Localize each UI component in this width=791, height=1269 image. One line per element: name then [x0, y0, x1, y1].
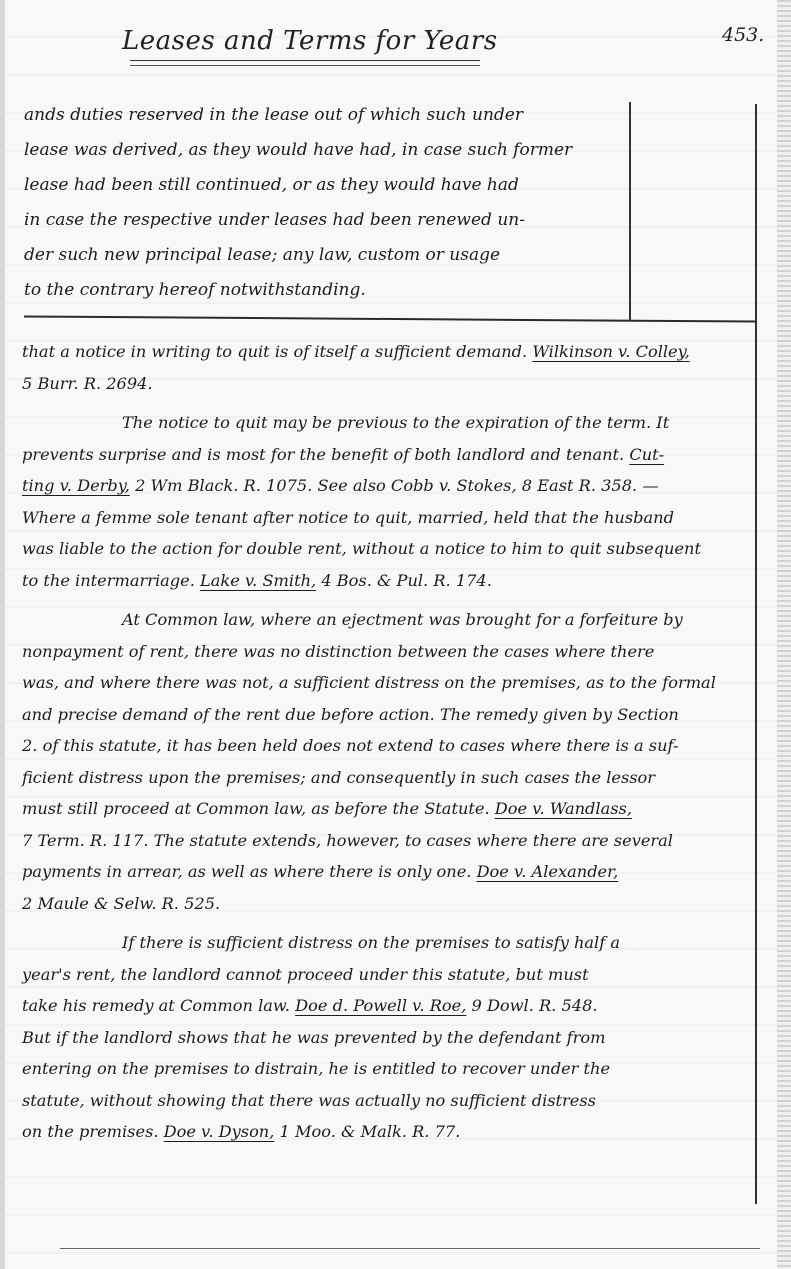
text-line: and precise demand of the rent due befor… [22, 699, 716, 731]
text-line: ficient distress upon the premises; and … [22, 762, 716, 794]
text-line: prevents surprise and is most for the be… [22, 439, 716, 471]
text-line: lease had been still continued, or as th… [24, 168, 572, 203]
case-citation: ting v. Derby, [22, 476, 130, 495]
text-line: At Common law, where an ejectment was br… [22, 604, 716, 636]
text-line: 5 Burr. R. 2694. [22, 368, 716, 400]
line-text: must still proceed at Common law, as bef… [22, 799, 495, 818]
line-text: If there is sufficient distress on the p… [122, 933, 620, 952]
line-text: 2. of this statute, it has been held doe… [22, 736, 678, 755]
page-right-edge [777, 0, 791, 1269]
text-line: ting v. Derby, 2 Wm Black. R. 1075. See … [22, 470, 716, 502]
text-line: But if the landlord shows that he was pr… [22, 1022, 716, 1054]
line-text: and precise demand of the rent due befor… [22, 705, 679, 724]
line-text: 9 Dowl. R. 548. [466, 996, 597, 1015]
line-text: 5 Burr. R. 2694. [22, 374, 153, 393]
case-citation: Doe v. Dyson, [164, 1122, 275, 1141]
text-line: that a notice in writing to quit is of i… [22, 336, 716, 368]
text-line: take his remedy at Common law. Doe d. Po… [22, 990, 716, 1022]
line-text: take his remedy at Common law. [22, 996, 295, 1015]
text-line: must still proceed at Common law, as bef… [22, 793, 716, 825]
text-line: statute, without showing that there was … [22, 1085, 716, 1117]
text-line: lease was derived, as they would have ha… [24, 133, 572, 168]
line-text: 7 Term. R. 117. The statute extends, how… [22, 831, 673, 850]
text-line: nonpayment of rent, there was no distinc… [22, 636, 716, 668]
text-line: was, and where there was not, a sufficie… [22, 667, 716, 699]
top-text-block: ands duties reserved in the lease out of… [24, 98, 572, 308]
title-underline [130, 60, 480, 66]
case-citation: Lake v. Smith, [200, 571, 316, 590]
text-line: was liable to the action for double rent… [22, 533, 716, 565]
line-text: 4 Bos. & Pul. R. 174. [316, 571, 492, 590]
case-citation: Doe d. Powell v. Roe, [295, 996, 466, 1015]
text-line: Where a femme sole tenant after notice t… [22, 502, 716, 534]
line-text: Where a femme sole tenant after notice t… [22, 508, 674, 527]
text-line: payments in arrear, as well as where the… [22, 856, 716, 888]
margin-rule-right [755, 104, 757, 1204]
case-citation: Doe v. Alexander, [477, 862, 619, 881]
section-divider [24, 315, 756, 322]
line-text: 2 Maule & Selw. R. 525. [22, 894, 220, 913]
case-citation: Wilkinson v. Colley, [532, 342, 689, 361]
text-line: The notice to quit may be previous to th… [22, 407, 716, 439]
bottom-rule [60, 1248, 760, 1249]
line-text: year's rent, the landlord cannot proceed… [22, 965, 589, 984]
line-text: 2 Wm Black. R. 1075. See also Cobb v. St… [130, 476, 659, 495]
line-text: nonpayment of rent, there was no distinc… [22, 642, 654, 661]
paragraph-gap [22, 919, 716, 927]
text-line: 7 Term. R. 117. The statute extends, how… [22, 825, 716, 857]
line-text: But if the landlord shows that he was pr… [22, 1028, 605, 1047]
text-line: on the premises. Doe v. Dyson, 1 Moo. & … [22, 1116, 716, 1148]
page-number: 453. [722, 24, 764, 46]
main-text-block: that a notice in writing to quit is of i… [22, 336, 716, 1148]
line-text: prevents surprise and is most for the be… [22, 445, 629, 464]
line-text: was liable to the action for double rent… [22, 539, 701, 558]
text-line: year's rent, the landlord cannot proceed… [22, 959, 716, 991]
text-line: entering on the premises to distrain, he… [22, 1053, 716, 1085]
line-text: entering on the premises to distrain, he… [22, 1059, 610, 1078]
margin-rule-inner [629, 102, 631, 320]
text-line: If there is sufficient distress on the p… [22, 927, 716, 959]
text-line: to the contrary hereof notwithstanding. [24, 273, 572, 308]
page-left-edge [0, 0, 5, 1269]
paragraph-gap [22, 399, 716, 407]
line-text: to the intermarriage. [22, 571, 200, 590]
case-citation: Cut- [629, 445, 664, 464]
line-text: payments in arrear, as well as where the… [22, 862, 477, 881]
line-text: At Common law, where an ejectment was br… [122, 610, 683, 629]
line-text: on the premises. [22, 1122, 164, 1141]
text-line: der such new principal lease; any law, c… [24, 238, 572, 273]
line-text: was, and where there was not, a sufficie… [22, 673, 716, 692]
case-citation: Doe v. Wandlass, [495, 799, 632, 818]
text-line: to the intermarriage. Lake v. Smith, 4 B… [22, 565, 716, 597]
manuscript-page: Leases and Terms for Years 453. ands dut… [0, 0, 791, 1269]
line-text: that a notice in writing to quit is of i… [22, 342, 532, 361]
text-line: 2. of this statute, it has been held doe… [22, 730, 716, 762]
text-line: ands duties reserved in the lease out of… [24, 98, 572, 133]
text-line: 2 Maule & Selw. R. 525. [22, 888, 716, 920]
page-title: Leases and Terms for Years [122, 26, 498, 56]
line-text: The notice to quit may be previous to th… [122, 413, 669, 432]
line-text: statute, without showing that there was … [22, 1091, 596, 1110]
paragraph-gap [22, 596, 716, 604]
line-text: 1 Moo. & Malk. R. 77. [274, 1122, 460, 1141]
text-line: in case the respective under leases had … [24, 203, 572, 238]
line-text: ficient distress upon the premises; and … [22, 768, 655, 787]
